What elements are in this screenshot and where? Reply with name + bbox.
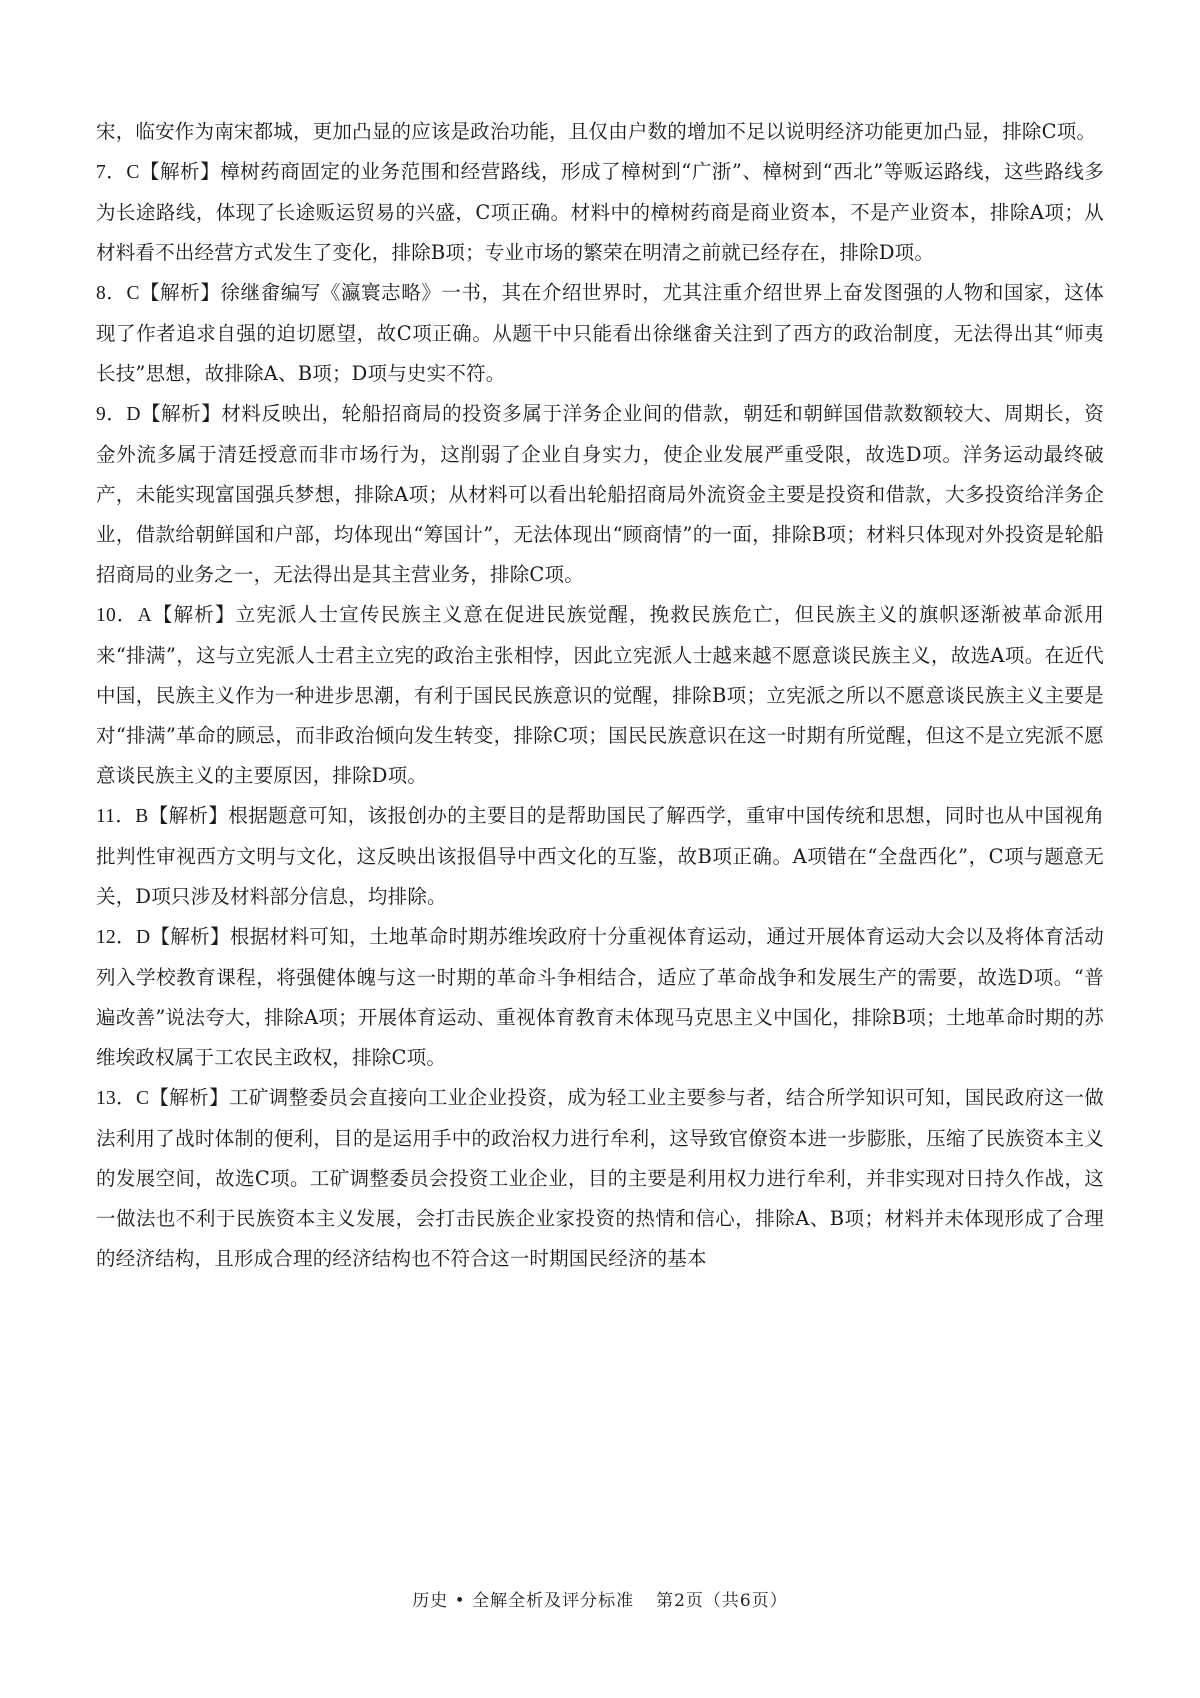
question-number: 12． bbox=[96, 927, 136, 948]
page-footer: 历史 • 全解全析及评分标准第2页（共6页） bbox=[0, 1589, 1200, 1613]
answer-item-9: 9．D【解析】材料反映出，轮船招商局的投资多属于洋务企业间的借款，朝廷和朝鲜国借… bbox=[96, 394, 1104, 595]
analysis-text: 樟树药商固定的业务范围和经营路线，形成了樟树到“广浙”、樟树到“西北”等贩运路线… bbox=[96, 160, 1104, 264]
answer-letter: D bbox=[136, 927, 150, 948]
footer-page-number: 第2页（共6页） bbox=[656, 1591, 788, 1611]
answer-item-11: 11．B【解析】根据题意可知，该报创办的主要目的是帮助国民了解西学，重审中国传统… bbox=[96, 796, 1104, 917]
question-number: 7． bbox=[96, 162, 126, 183]
answer-letter: C bbox=[136, 1088, 149, 1109]
answer-letter: A bbox=[138, 605, 152, 626]
answer-letter: B bbox=[135, 806, 148, 827]
question-number: 10． bbox=[96, 605, 138, 626]
analysis-text: 工矿调整委员会直接向工业企业投资，成为轻工业主要参与者，结合所学知识可知，国民政… bbox=[96, 1086, 1104, 1270]
question-number: 8． bbox=[96, 283, 126, 304]
analysis-text: 立宪派人士宣传民族主义意在促进民族觉醒，挽救民族危亡，但民族主义的旗帜逐渐被革命… bbox=[96, 603, 1104, 787]
answer-item-10: 10．A【解析】立宪派人士宣传民族主义意在促进民族觉醒，挽救民族危亡，但民族主义… bbox=[96, 595, 1104, 796]
answer-letter: D bbox=[126, 404, 140, 425]
analysis-label: 【解析】 bbox=[141, 402, 222, 425]
answer-key-body: 宋，临安作为南宋都城，更加凸显的应该是政治功能，且仅由户数的增加不足以说明经济功… bbox=[96, 112, 1104, 1279]
analysis-text: 根据题意可知，该报创办的主要目的是帮助国民了解西学，重审中国传统和思想，同时也从… bbox=[96, 804, 1104, 908]
analysis-text: 根据材料可知，土地革命时期苏维埃政府十分重视体育运动，通过开展体育运动大会以及将… bbox=[96, 925, 1104, 1069]
analysis-label: 【解析】 bbox=[149, 804, 229, 827]
answer-letter: C bbox=[126, 162, 139, 183]
question-number: 13． bbox=[96, 1088, 136, 1109]
analysis-text: 材料反映出，轮船招商局的投资多属于洋务企业间的借款，朝廷和朝鲜国借款数额较大、周… bbox=[96, 402, 1104, 586]
answer-letter: C bbox=[126, 283, 139, 304]
continuation-paragraph: 宋，临安作为南宋都城，更加凸显的应该是政治功能，且仅由户数的增加不足以说明经济功… bbox=[96, 112, 1104, 152]
question-number: 9． bbox=[96, 404, 126, 425]
analysis-label: 【解析】 bbox=[140, 281, 221, 304]
answer-item-12: 12．D【解析】根据材料可知，土地革命时期苏维埃政府十分重视体育运动，通过开展体… bbox=[96, 917, 1104, 1078]
analysis-label: 【解析】 bbox=[150, 925, 230, 948]
answer-item-13: 13．C【解析】工矿调整委员会直接向工业企业投资，成为轻工业主要参与者，结合所学… bbox=[96, 1078, 1104, 1279]
answer-item-7: 7．C【解析】樟树药商固定的业务范围和经营路线，形成了樟树到“广浙”、樟树到“西… bbox=[96, 152, 1104, 273]
footer-subject: 历史 • 全解全析及评分标准 bbox=[412, 1591, 634, 1611]
analysis-label: 【解析】 bbox=[140, 160, 221, 183]
analysis-text: 徐继畬编写《瀛寰志略》一书，其在介绍世界时，尤其注重介绍世界上奋发图强的人物和国… bbox=[96, 281, 1104, 385]
answer-item-8: 8．C【解析】徐继畬编写《瀛寰志略》一书，其在介绍世界时，尤其注重介绍世界上奋发… bbox=[96, 273, 1104, 394]
analysis-label: 【解析】 bbox=[152, 603, 236, 626]
question-number: 11． bbox=[96, 806, 135, 827]
analysis-label: 【解析】 bbox=[149, 1086, 229, 1109]
